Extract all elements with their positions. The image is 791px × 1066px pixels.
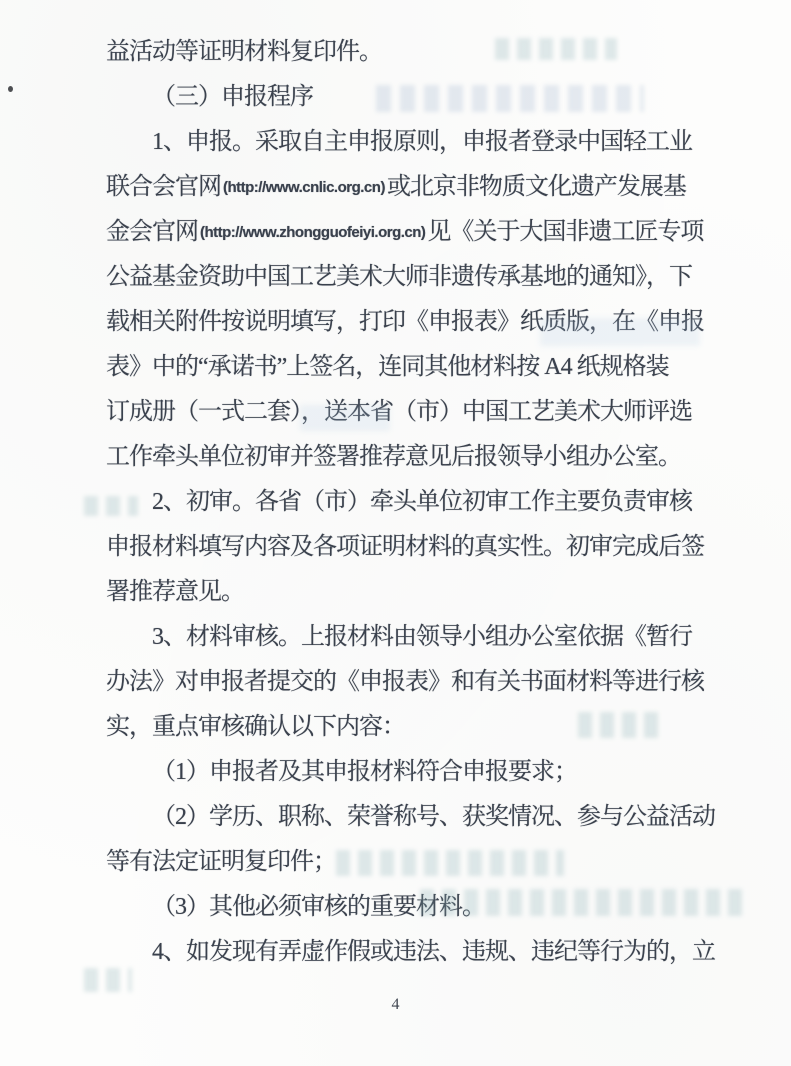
text-line: 申报材料填写内容及各项证明材料的真实性。初审完成后签 bbox=[106, 525, 751, 570]
text-line: （1）申报者及其申报材料符合申报要求； bbox=[106, 750, 751, 795]
body-text: 4、如发现有弄虚作假或违法、违规、违纪等行为的，立 bbox=[152, 939, 715, 965]
text-line: 金会官网(http://www.zhongguofeiyi.org.cn)见《关… bbox=[106, 210, 751, 255]
body-text: （2）学历、职称、荣誉称号、获奖情况、参与公益活动 bbox=[152, 804, 715, 830]
url-text: (http://www.zhongguofeiyi.org.cn) bbox=[198, 224, 427, 241]
text-line: 公益基金资助中国工艺美术大师非遗传承基地的通知》，下 bbox=[106, 255, 751, 300]
text-line: 载相关附件按说明填写，打印《申报表》纸质版，在《申报 bbox=[106, 300, 751, 345]
text-line: （三）申报程序 bbox=[106, 75, 751, 120]
url-text: (http://www.cnlic.org.cn) bbox=[221, 179, 387, 196]
text-line: 联合会官网(http://www.cnlic.org.cn)或北京非物质文化遗产… bbox=[106, 165, 751, 210]
body-text: （三）申报程序 bbox=[152, 84, 313, 110]
body-text: 见《关于大国非遗工匠专项 bbox=[427, 219, 703, 245]
text-line: 1、申报。采取自主申报原则，申报者登录中国轻工业 bbox=[106, 120, 751, 165]
body-text: 实，重点审核确认以下内容： bbox=[106, 714, 405, 740]
text-line: 工作牵头单位初审并签署推荐意见后报领导小组办公室。 bbox=[106, 435, 751, 480]
text-line: 办法》对申报者提交的《申报表》和有关书面材料等进行核 bbox=[106, 660, 751, 705]
body-text: 载相关附件按说明填写，打印《申报表》纸质版，在《申报 bbox=[106, 309, 704, 335]
text-line: 2、初审。各省（市）牵头单位初审工作主要负责审核 bbox=[106, 480, 751, 525]
text-line: 益活动等证明材料复印件。 bbox=[106, 30, 751, 75]
body-text: 3、材料审核。上报材料由领导小组办公室依据《暂行 bbox=[152, 624, 692, 650]
text-line: （2）学历、职称、荣誉称号、获奖情况、参与公益活动 bbox=[106, 795, 751, 840]
text-line: 3、材料审核。上报材料由领导小组办公室依据《暂行 bbox=[106, 615, 751, 660]
body-text: 工作牵头单位初审并签署推荐意见后报领导小组办公室。 bbox=[106, 444, 681, 470]
body-text: 金会官网 bbox=[106, 219, 198, 245]
body-text: 订成册（一式二套），送本省（市）中国工艺美术大师评选 bbox=[106, 399, 692, 425]
body-text: 或北京非物质文化遗产发展基 bbox=[387, 174, 686, 200]
body-text: （3）其他必须审核的重要材料。 bbox=[152, 894, 485, 920]
text-line: 署推荐意见。 bbox=[106, 570, 751, 615]
text-line: （3）其他必须审核的重要材料。 bbox=[106, 885, 751, 930]
scanned-document-page: 益活动等证明材料复印件。（三）申报程序1、申报。采取自主申报原则，申报者登录中国… bbox=[0, 0, 791, 1066]
body-text: 办法》对申报者提交的《申报表》和有关书面材料等进行核 bbox=[106, 669, 704, 695]
body-text: 等有法定证明复印件； bbox=[106, 849, 336, 875]
text-line: 订成册（一式二套），送本省（市）中国工艺美术大师评选 bbox=[106, 390, 751, 435]
ink-speck bbox=[8, 86, 13, 92]
body-text: 2、初审。各省（市）牵头单位初审工作主要负责审核 bbox=[152, 489, 692, 515]
body-text: 益活动等证明材料复印件。 bbox=[106, 39, 382, 65]
body-text: 署推荐意见。 bbox=[106, 579, 244, 605]
text-line: 实，重点审核确认以下内容： bbox=[106, 705, 751, 750]
body-text: 公益基金资助中国工艺美术大师非遗传承基地的通知》，下 bbox=[106, 264, 692, 290]
text-line: 等有法定证明复印件； bbox=[106, 840, 751, 885]
text-line: 表》中的“承诺书”上签名，连同其他材料按 A4 纸规格装 bbox=[106, 345, 751, 390]
body-text: 表》中的“承诺书”上签名，连同其他材料按 A4 纸规格装 bbox=[106, 354, 669, 380]
text-line: 4、如发现有弄虚作假或违法、违规、违纪等行为的，立 bbox=[106, 930, 751, 975]
page-number: 4 bbox=[0, 996, 791, 1014]
document-lines: 益活动等证明材料复印件。（三）申报程序1、申报。采取自主申报原则，申报者登录中国… bbox=[106, 30, 751, 975]
body-text: 申报材料填写内容及各项证明材料的真实性。初审完成后签 bbox=[106, 534, 704, 560]
body-text: （1）申报者及其申报材料符合申报要求； bbox=[152, 759, 577, 785]
body-text: 1、申报。采取自主申报原则，申报者登录中国轻工业 bbox=[152, 129, 692, 155]
body-text: 联合会官网 bbox=[106, 174, 221, 200]
